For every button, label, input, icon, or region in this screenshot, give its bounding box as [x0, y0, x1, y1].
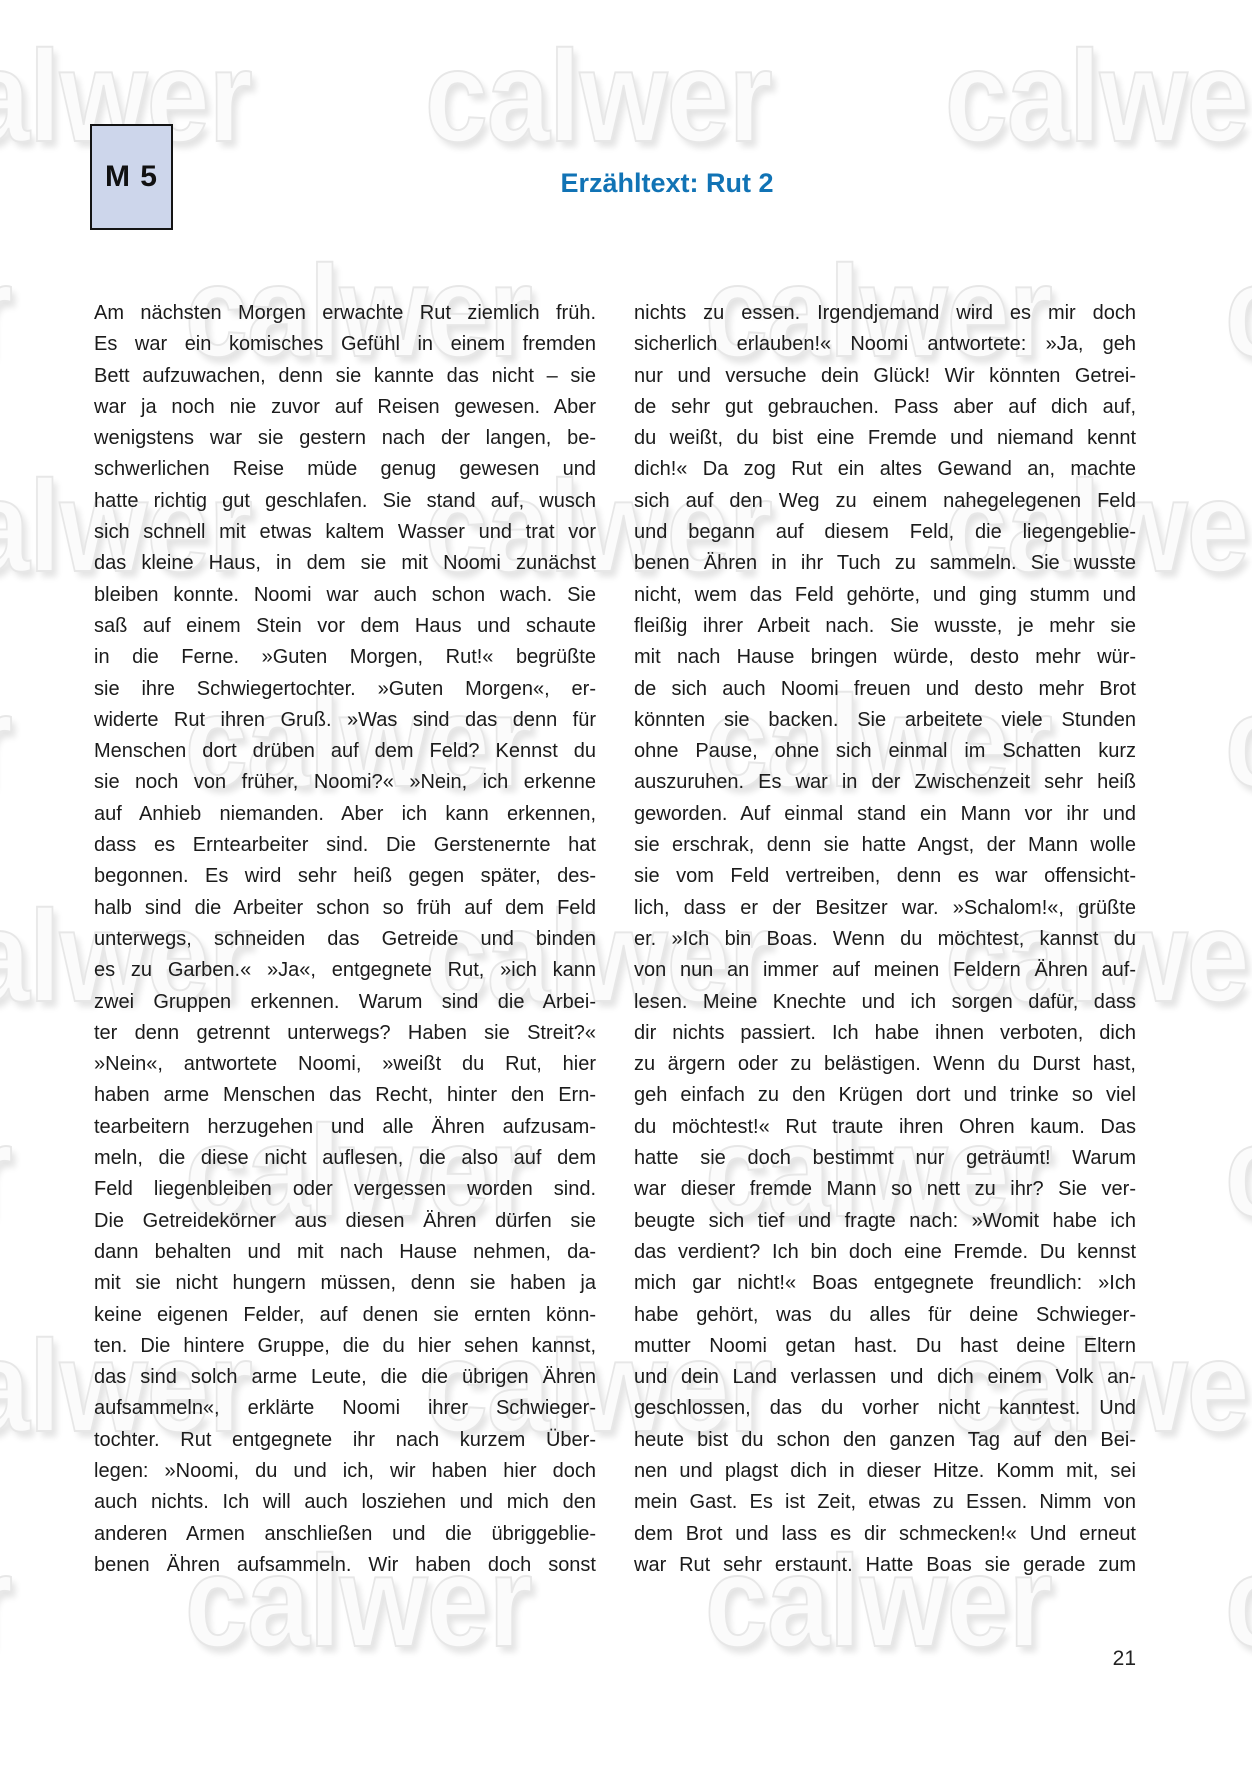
text-line: sich auf den Weg zu einem nahegelegenen … [634, 486, 1136, 517]
text-line: lich, dass er der Besitzer war. »Schalom… [634, 893, 1136, 924]
text-line: und begann auf diesem Feld, die liegenge… [634, 517, 1136, 548]
text-line: dass es Erntearbeiter sind. Die Gerstene… [94, 830, 596, 861]
text-line: anderen Armen anschließen und die übrigg… [94, 1519, 596, 1550]
text-line: auszuruhen. Es war in der Zwischenzeit s… [634, 767, 1136, 798]
text-line: fleißig ihrer Arbeit nach. Sie wusste, j… [634, 611, 1136, 642]
calwer-watermark-text: calwer [1225, 240, 1252, 383]
text-line: mit nach Hause bringen würde, desto mehr… [634, 642, 1136, 673]
text-line: nicht, wem das Feld gehörte, und ging st… [634, 580, 1136, 611]
text-line: dann behalten und mit nach Hause nehmen,… [94, 1237, 596, 1268]
worksheet-page: calwercalwercalwercalwercalwercalwercalw… [0, 0, 1252, 1770]
material-badge: M 5 [90, 124, 173, 230]
calwer-watermark-text: calwer [0, 240, 12, 383]
text-line: ohne Pause, ohne sich einmal im Schatten… [634, 736, 1136, 767]
text-line: sicherlich erlauben!« Noomi antwortete: … [634, 329, 1136, 360]
text-line: sie ihre Schwiegertochter. »Guten Morgen… [94, 674, 596, 705]
calwer-watermark-text: calwer [0, 1530, 12, 1673]
text-line: dich!« Da zog Rut ein altes Gewand an, m… [634, 454, 1136, 485]
page-number: 21 [1016, 1647, 1136, 1671]
calwer-watermark-text: calwer [1225, 1530, 1252, 1673]
text-line: sie noch von früher, Noomi?« »Nein, ich … [94, 767, 596, 798]
text-line: Bett aufzuwachen, denn sie kannte das ni… [94, 361, 596, 392]
text-line: und dein Land verlassen und dich einem V… [634, 1362, 1136, 1393]
text-line: er. »Ich bin Boas. Wenn du möchtest, kan… [634, 924, 1136, 955]
text-line: »Nein«, antwortete Noomi, »weißt du Rut,… [94, 1049, 596, 1080]
calwer-watermark-text: calwer [425, 25, 772, 168]
text-line: meln, die diese nicht auflesen, die also… [94, 1143, 596, 1174]
text-line: das sind solch arme Leute, die die übrig… [94, 1362, 596, 1393]
text-line: hatte richtig gut geschlafen. Sie stand … [94, 486, 596, 517]
text-line: sie vom Feld vertreiben, denn es war off… [634, 861, 1136, 892]
text-line: unterwegs, schneiden das Getreide und bi… [94, 924, 596, 955]
calwer-watermark-text: calwer [1225, 1100, 1252, 1243]
text-line: geh einfach zu den Krügen dort und trink… [634, 1080, 1136, 1111]
page-title: Erzähltext: Rut 2 [560, 168, 773, 199]
text-line: nur und versuche dein Glück! Wir könnten… [634, 361, 1136, 392]
text-line: haben arme Menschen das Recht, hinter de… [94, 1080, 596, 1111]
text-line: dir nichts passiert. Ich habe ihnen verb… [634, 1018, 1136, 1049]
text-line: de sich auch Noomi freuen und desto mehr… [634, 674, 1136, 705]
text-line: in die Ferne. »Guten Morgen, Rut!« begrü… [94, 642, 596, 673]
text-line: halb sind die Arbeiter schon so früh auf… [94, 893, 596, 924]
text-line: mutter Noomi getan hast. Du hast deine E… [634, 1331, 1136, 1362]
text-line: nen und plagst dich in dieser Hitze. Kom… [634, 1456, 1136, 1487]
material-badge-label: M 5 [105, 160, 158, 194]
text-line: aufsammeln«, erklärte Noomi ihrer Schwie… [94, 1393, 596, 1424]
text-line: auf Anhieb niemanden. Aber ich kann erke… [94, 799, 596, 830]
calwer-watermark-text: calwer [0, 1100, 12, 1243]
text-line: Es war ein komisches Gefühl in einem fre… [94, 329, 596, 360]
text-line: mein Gast. Es ist Zeit, etwas zu Essen. … [634, 1487, 1136, 1518]
text-line: könnten sie backen. Sie arbeitete viele … [634, 705, 1136, 736]
text-line: legen: »Noomi, du und ich, wir haben hie… [94, 1456, 596, 1487]
text-line: mit sie nicht hungern müssen, denn sie h… [94, 1268, 596, 1299]
text-line: Menschen dort drüben auf dem Feld? Kenns… [94, 736, 596, 767]
text-line: nichts zu essen. Irgendjemand wird es mi… [634, 298, 1136, 329]
text-line: von nun an immer auf meinen Feldern Ähre… [634, 955, 1136, 986]
text-line: geschlossen, das du vorher nicht kanntes… [634, 1393, 1136, 1424]
text-line: widerte Rut ihren Gruß. »Was sind das de… [94, 705, 596, 736]
text-line: ten. Die hintere Gruppe, die du hier seh… [94, 1331, 596, 1362]
text-line: war ja noch nie zuvor auf Reisen gewesen… [94, 392, 596, 423]
text-line: tochter. Rut entgegnete ihr nach kurzem … [94, 1425, 596, 1456]
text-line: de sehr gut gebrauchen. Pass aber auf di… [634, 392, 1136, 423]
text-line: Feld liegenbleiben oder vergessen worden… [94, 1174, 596, 1205]
text-line: mich gar nicht!« Boas entgegnete freundl… [634, 1268, 1136, 1299]
text-line: zu ärgern oder zu belästigen. Wenn du Du… [634, 1049, 1136, 1080]
text-column-left: Am nächsten Morgen erwachte Rut ziemlich… [94, 298, 596, 1581]
text-line: sie erschrak, denn sie hatte Angst, der … [634, 830, 1136, 861]
text-line: habe gehört, was du alles für deine Schw… [634, 1300, 1136, 1331]
text-line: wenigstens war sie gestern nach der lang… [94, 423, 596, 454]
text-line: auch nichts. Ich will auch losziehen und… [94, 1487, 596, 1518]
text-line: beugte sich tief und fragte nach: »Womit… [634, 1206, 1136, 1237]
text-line: benen Ähren aufsammeln. Wir haben doch s… [94, 1550, 596, 1581]
calwer-watermark-text: calwer [0, 670, 12, 813]
text-line: dem Brot und lass es dir schmecken!« Und… [634, 1519, 1136, 1550]
text-line: sich schnell mit etwas kaltem Wasser und… [94, 517, 596, 548]
text-line: begonnen. Es wird sehr heiß gegen später… [94, 861, 596, 892]
text-line: benen Ähren in ihr Tuch zu sammeln. Sie … [634, 548, 1136, 579]
text-line: das kleine Haus, in dem sie mit Noomi zu… [94, 548, 596, 579]
text-line: Die Getreidekörner aus diesen Ähren dürf… [94, 1206, 596, 1237]
text-line: du weißt, du bist eine Fremde und nieman… [634, 423, 1136, 454]
text-line: war Rut sehr erstaunt. Hatte Boas sie ge… [634, 1550, 1136, 1581]
text-line: bleiben konnte. Noomi war auch schon wac… [94, 580, 596, 611]
text-line: tearbeitern herzugehen und alle Ähren au… [94, 1112, 596, 1143]
text-line: hatte sie doch bestimmt nur geträumt! Wa… [634, 1143, 1136, 1174]
text-line: saß auf einem Stein vor dem Haus und sch… [94, 611, 596, 642]
text-line: Am nächsten Morgen erwachte Rut ziemlich… [94, 298, 596, 329]
calwer-watermark-text: calwer [945, 25, 1252, 168]
text-line: zwei Gruppen erkennen. Warum sind die Ar… [94, 987, 596, 1018]
text-line: war dieser fremde Mann so nett zu ihr? S… [634, 1174, 1136, 1205]
text-line: geworden. Auf einmal stand ein Mann vor … [634, 799, 1136, 830]
text-line: lesen. Meine Knechte und ich sorgen dafü… [634, 987, 1136, 1018]
text-line: es zu Garben.« »Ja«, entgegnete Rut, »ic… [94, 955, 596, 986]
text-column-right: nichts zu essen. Irgendjemand wird es mi… [634, 298, 1136, 1581]
text-line: das verdient? Ich bin doch eine Fremde. … [634, 1237, 1136, 1268]
text-line: heute bist du schon den ganzen Tag auf d… [634, 1425, 1136, 1456]
text-line: keine eigenen Felder, auf denen sie ernt… [94, 1300, 596, 1331]
text-line: schwerlichen Reise müde genug gewesen un… [94, 454, 596, 485]
text-line: ter denn getrennt unterwegs? Haben sie S… [94, 1018, 596, 1049]
calwer-watermark-text: calwer [1225, 670, 1252, 813]
text-line: du möchtest!« Rut traute ihren Ohren kau… [634, 1112, 1136, 1143]
